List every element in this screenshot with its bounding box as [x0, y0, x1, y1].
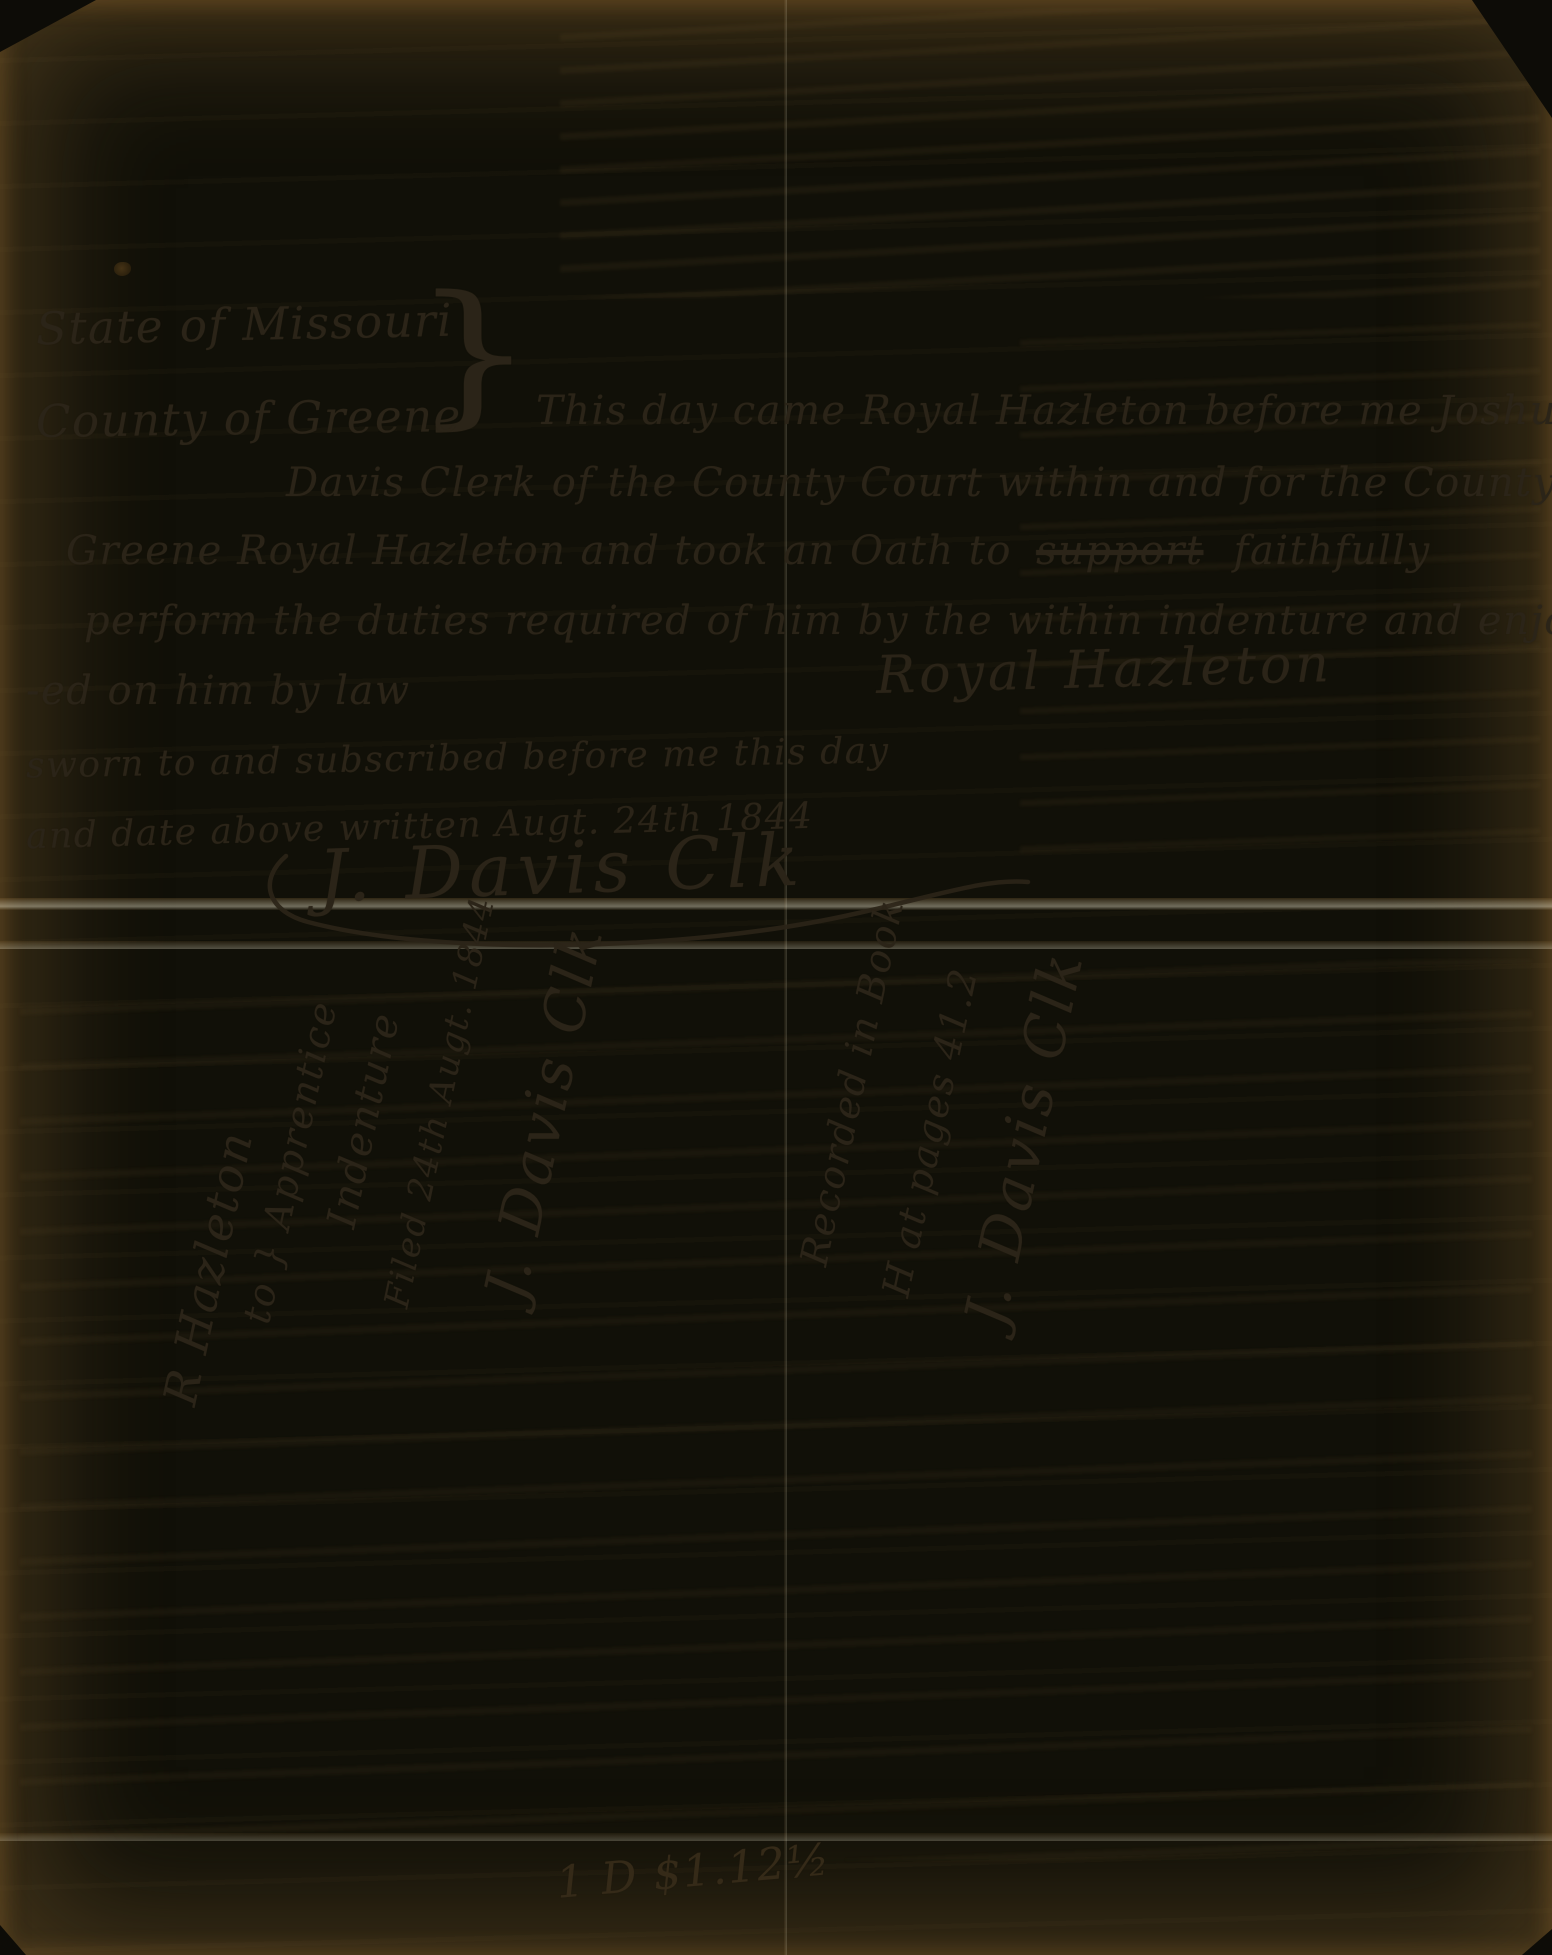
- vertical-fold-crease: [784, 0, 787, 1955]
- county-line: County of Greene: [36, 389, 462, 448]
- scan-corner-bottom-right: [1522, 1929, 1552, 1955]
- body-line-1: This day came Royal Hazleton before me J…: [536, 388, 1552, 434]
- manuscript-page: State of Missouri } County of Greene Thi…: [0, 0, 1552, 1955]
- body-line-5: -ed on him by law: [26, 668, 411, 714]
- ink-bleedthrough-bottom: [20, 960, 1532, 1860]
- state-line: State of Missouri: [35, 294, 453, 356]
- struck-word: support: [1036, 528, 1203, 574]
- scan-corner-bottom-left: [0, 1925, 26, 1955]
- ink-bleedthrough-top: [560, 8, 1540, 298]
- clerk-signature: J. Davis Clk: [317, 818, 807, 919]
- body-line-3: Greene Royal Hazleton and took an Oath t…: [66, 528, 1431, 574]
- paper-ruling-texture: [0, 0, 1552, 1955]
- scan-corner-top-left: [0, 0, 96, 52]
- ink-bleedthrough-right: [1020, 300, 1540, 860]
- principal-signature: Royal Hazleton: [875, 634, 1333, 706]
- fold-crease-middle: [0, 941, 1552, 949]
- jurat-line-1: sworn to and subscribed before me this d…: [26, 730, 890, 786]
- docket-clerk-signature: J. Davis Clk: [471, 918, 617, 1306]
- body-line-3-pre: Greene Royal Hazleton and took an Oath t…: [66, 528, 1012, 574]
- body-line-2: Davis Clerk of the County Court within a…: [286, 460, 1552, 506]
- ink-blot: [114, 262, 131, 276]
- scan-corner-top-right: [1414, 0, 1552, 118]
- fee-note: 1 D $1.12½: [554, 1834, 832, 1909]
- body-line-3-post: faithfully: [1234, 528, 1431, 574]
